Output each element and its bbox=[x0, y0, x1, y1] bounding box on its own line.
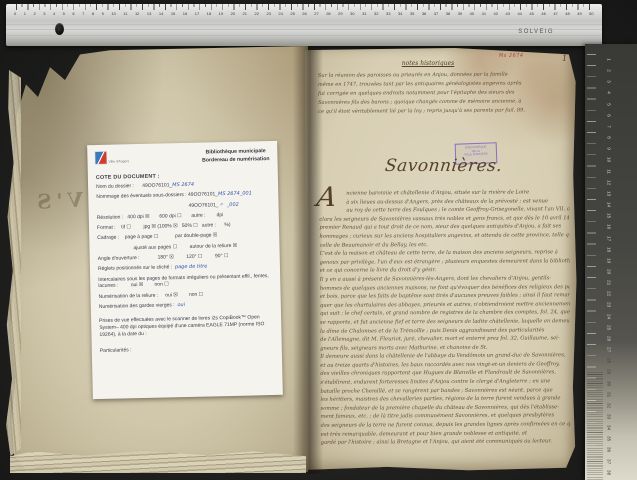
ruler-number: 25 bbox=[290, 10, 294, 18]
card-line: ajusté aux pages ☐ autour de la reliure … bbox=[133, 242, 271, 252]
card-line-printed-text: Particularités : bbox=[100, 347, 132, 354]
red-shelfmark: Ms 2674 bbox=[499, 54, 524, 59]
card-line-printed-text: 49OO76101_ bbox=[188, 202, 218, 209]
manuscript-body-text: ncienne baronnie et châtellenie d'Anjou,… bbox=[319, 188, 571, 447]
card-line-handwritten-value: MS 2674_001 bbox=[218, 191, 252, 198]
ruler-number: 3 bbox=[43, 10, 45, 18]
card-line: Numérisation des gardes vierges : oui bbox=[99, 300, 273, 311]
ruler-grooves bbox=[6, 22, 602, 40]
card-line-printed-text: ajusté aux pages ☐ autour de la reliure … bbox=[133, 242, 237, 250]
card-line: Résolution : 400 dpi ☒ 600 dpi ☐ autre :… bbox=[97, 211, 271, 222]
ruler-number: 13 bbox=[147, 10, 151, 18]
ruler-number: 35 bbox=[410, 10, 414, 18]
angers-logo-icon bbox=[95, 152, 106, 164]
ruler-number: 42 bbox=[494, 10, 498, 18]
card-line: Réglets positionnés sur le cliché : page… bbox=[98, 262, 272, 273]
ruler-number: 9 bbox=[102, 10, 104, 18]
ruler-number: 44 bbox=[517, 10, 521, 18]
manuscript-line: gardé par l'histoire ; ainsi la Bretagne… bbox=[321, 437, 571, 447]
card-header-title: Bibliothèque municipale Bordereau de num… bbox=[202, 148, 270, 165]
ruler-number: 38 bbox=[446, 10, 450, 18]
header-line-2: Bordereau de numérisation bbox=[202, 156, 270, 165]
ruler-number: 15 bbox=[171, 10, 175, 18]
ruler-number: 21 bbox=[243, 10, 247, 18]
card-form-lines: Nom du dossier : 49OO76101_MS 2674Nommag… bbox=[96, 180, 274, 354]
cote-du-document-heading: COTE DU DOCUMENT : bbox=[96, 171, 270, 181]
ruler-number: 28 bbox=[326, 10, 330, 18]
card-line-printed-text: Nommage des éventuels sous-dossiers : 49… bbox=[96, 191, 218, 200]
card-line-handwritten-value: page de titre bbox=[175, 264, 207, 271]
ruler-number: 27 bbox=[314, 10, 318, 18]
ruler-number: 14 bbox=[159, 10, 163, 18]
folio-number: 1 bbox=[562, 54, 567, 63]
ruler-number: 49 bbox=[577, 10, 581, 18]
ruler-number-row: 0123456789101112131415161718192021222324… bbox=[14, 9, 594, 18]
card-line: Nommage des éventuels sous-dossiers : 49… bbox=[96, 190, 270, 201]
ruler-number: 50 bbox=[589, 10, 593, 18]
card-line: Numérisation de la reliure : oui ☒ non ☐ bbox=[99, 290, 273, 301]
ruler-number: 17 bbox=[195, 10, 199, 18]
horizontal-ruler: 0123456789101112131415161718192021222324… bbox=[6, 4, 602, 46]
ruler-number: 45 bbox=[529, 10, 533, 18]
ruler-number: 41 bbox=[482, 10, 486, 18]
card-line-printed-text: Intercalaires sous les pages de formats … bbox=[98, 273, 270, 290]
savonnieres-title: Savonnières. bbox=[384, 156, 503, 176]
book-gutter-shadow bbox=[293, 46, 323, 474]
notes-paragraph: Sur la réunion des paroisses ou prieurés… bbox=[318, 70, 568, 117]
ruler-number: 29 bbox=[338, 10, 342, 18]
right-manuscript-page: Ms 2674 1 notes historiques Sur la réuni… bbox=[305, 48, 577, 472]
card-line-printed-text: Numérisation de la reliure : oui ☒ non ☐ bbox=[99, 291, 204, 299]
ruler-number: 38 bbox=[603, 464, 614, 480]
ruler-number: 40 bbox=[470, 10, 474, 18]
ruler-number: 31 bbox=[362, 10, 366, 18]
card-line-printed-text: Résolution : 400 dpi ☒ 600 dpi ☐ autre :… bbox=[97, 212, 224, 221]
card-line-printed-text: Prises de vue effectuées avec le scanner… bbox=[99, 314, 266, 337]
ruler-number: 8 bbox=[92, 10, 94, 18]
card-line: 49OO76101_〃 _002 bbox=[188, 201, 270, 210]
ruler-number: 18 bbox=[207, 10, 211, 18]
ruler-number: 48 bbox=[565, 10, 569, 18]
ruler-number: 26 bbox=[302, 10, 306, 18]
ruler-number: 5 bbox=[63, 10, 65, 18]
card-line-handwritten-value: oui bbox=[177, 302, 185, 308]
card-line-handwritten-value: 〃 _002 bbox=[218, 201, 238, 207]
ruler-hanging-hole bbox=[55, 23, 64, 35]
ruler-number: 6 bbox=[72, 10, 74, 18]
ruler-number: 19 bbox=[219, 10, 223, 18]
ruler-number: 47 bbox=[553, 10, 557, 18]
ruler-number: 12 bbox=[135, 10, 139, 18]
ruler-number: 33 bbox=[386, 10, 390, 18]
ruler-number: 34 bbox=[398, 10, 402, 18]
digitization-record-card: Ville d'Angers Bibliothèque municipale B… bbox=[87, 141, 283, 399]
ruler-number: 22 bbox=[254, 10, 258, 18]
card-line-printed-text: Format : tif ☐ jpg ☒ (100% ☒ 50% ☐ autre… bbox=[97, 222, 231, 231]
card-line-printed-text: Nom du dossier : 49OO76101_ bbox=[96, 182, 172, 190]
ruler-number: 32 bbox=[374, 10, 378, 18]
ruler-number: 4 bbox=[53, 10, 55, 18]
ruler-number: 11 bbox=[123, 10, 127, 18]
card-line-printed-text: Cadrage : page à page ☐ par double-page … bbox=[97, 233, 217, 242]
card-line-printed-text: Numérisation des gardes vierges : bbox=[99, 302, 178, 310]
card-line: Prises de vue effectuées avec le scanner… bbox=[99, 314, 273, 339]
ruler-number: 10 bbox=[111, 10, 115, 18]
vertical-ruler-numbers: 1234567891011121314151617181920212223242… bbox=[601, 54, 617, 478]
ruler-number: 30 bbox=[350, 10, 354, 18]
ruler-number: 2 bbox=[33, 10, 35, 18]
ruler-number: 1 bbox=[24, 10, 26, 18]
ruler-number: 20 bbox=[231, 10, 235, 18]
card-line-printed-text: Réglets positionnés sur le cliché : bbox=[98, 264, 175, 272]
vertical-ruler: 1234567891011121314151617181920212223242… bbox=[585, 44, 637, 480]
logo-caption: Ville d'Angers bbox=[108, 159, 129, 163]
notes-historiques-heading: notes historiques bbox=[363, 60, 493, 67]
ruler-number: 39 bbox=[458, 10, 462, 18]
ruler-number: 7 bbox=[82, 10, 84, 18]
library-logo: Ville d'Angers bbox=[95, 151, 129, 164]
ruler-number: 24 bbox=[278, 10, 282, 18]
ruler-number: 16 bbox=[183, 10, 187, 18]
card-line: Angle d'ouverture : 180° ☒ 120° ☐ 90° ☐ bbox=[98, 252, 272, 263]
ruler-number: 36 bbox=[422, 10, 426, 18]
ruler-number: 0 bbox=[14, 10, 16, 18]
notes-line: ce qu'il étoit véritablement lié par la … bbox=[318, 106, 568, 117]
card-line-printed-text: Angle d'ouverture : 180° ☒ 120° ☐ 90° ☐ bbox=[98, 253, 229, 262]
card-line: Cadrage : page à page ☐ par double-page … bbox=[97, 231, 271, 242]
ruler-brand-label: SOLVEIG bbox=[518, 29, 554, 35]
card-line-handwritten-value: MS 2674 bbox=[172, 182, 194, 188]
card-line: Particularités : bbox=[100, 344, 274, 355]
ruler-number: 37 bbox=[434, 10, 438, 18]
ruler-number: 43 bbox=[506, 10, 510, 18]
card-line: Nom du dossier : 49OO76101_MS 2674 bbox=[96, 180, 270, 191]
card-header: Ville d'Angers Bibliothèque municipale B… bbox=[95, 148, 269, 168]
ruler-number: 23 bbox=[266, 10, 270, 18]
digitization-photo-canvas: 0123456789101112131415161718192021222324… bbox=[0, 0, 637, 480]
card-line: Intercalaires sous les pages de formats … bbox=[98, 273, 272, 291]
ruler-number: 46 bbox=[541, 10, 545, 18]
card-line: Format : tif ☐ jpg ☒ (100% ☒ 50% ☐ autre… bbox=[97, 221, 271, 232]
page-edges-left bbox=[6, 70, 21, 456]
